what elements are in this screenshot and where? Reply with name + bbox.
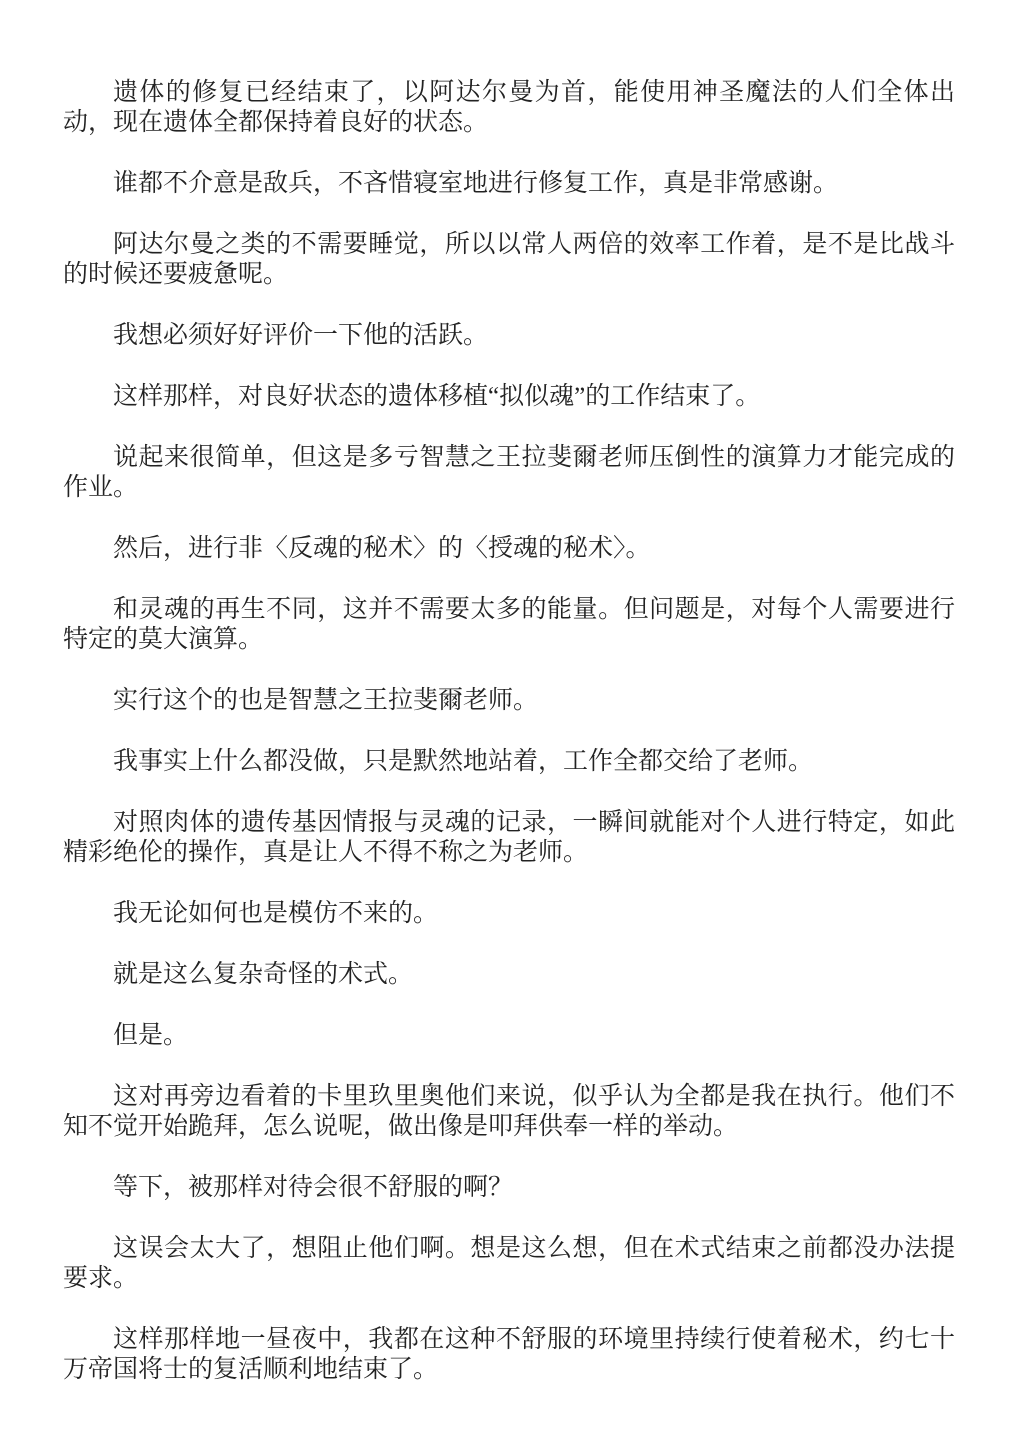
paragraph-12: 我无论如何也是模仿不来的。 — [63, 899, 955, 929]
paragraph-7: 然后，进行非〈反魂的秘术〉的〈授魂的秘术〉。 — [63, 534, 955, 564]
paragraph-13: 就是这么复杂奇怪的术式。 — [63, 960, 955, 990]
paragraph-11: 对照肉体的遗传基因情报与灵魂的记录，一瞬间就能对个人进行特定，如此精彩绝伦的操作… — [63, 808, 955, 868]
paragraph-1: 遗体的修复已经结束了，以阿达尔曼为首，能使用神圣魔法的人们全体出动，现在遗体全都… — [63, 78, 955, 138]
paragraph-14: 但是。 — [63, 1021, 955, 1051]
paragraph-8: 和灵魂的再生不同，这并不需要太多的能量。但问题是，对每个人需要进行特定的莫大演算… — [63, 595, 955, 655]
paragraph-17: 这误会太大了，想阻止他们啊。想是这么想，但在术式结束之前都没办法提要求。 — [63, 1234, 955, 1294]
paragraph-9: 实行这个的也是智慧之王拉斐爾老师。 — [63, 686, 955, 716]
paragraph-4: 我想必须好好评价一下他的活跃。 — [63, 321, 955, 351]
paragraph-10: 我事实上什么都没做，只是默然地站着，工作全都交给了老师。 — [63, 747, 955, 777]
paragraph-16: 等下，被那样对待会很不舒服的啊？ — [63, 1173, 955, 1203]
paragraph-15: 这对再旁边看着的卡里玖里奥他们来说，似乎认为全都是我在执行。他们不知不觉开始跪拜… — [63, 1082, 955, 1142]
paragraph-5: 这样那样，对良好状态的遗体移植“拟似魂”的工作结束了。 — [63, 382, 955, 412]
paragraph-18: 这样那样地一昼夜中，我都在这种不舒服的环境里持续行使着秘术，约七十万帝国将士的复… — [63, 1325, 955, 1385]
paragraph-3: 阿达尔曼之类的不需要睡觉，所以以常人两倍的效率工作着，是不是比战斗的时候还要疲惫… — [63, 230, 955, 290]
paragraph-6: 说起来很简单，但这是多亏智慧之王拉斐爾老师压倒性的演算力才能完成的作业。 — [63, 443, 955, 503]
document-page: 遗体的修复已经结束了，以阿达尔曼为首，能使用神圣魔法的人们全体出动，现在遗体全都… — [0, 0, 1017, 1437]
paragraph-2: 谁都不介意是敌兵，不吝惜寝室地进行修复工作，真是非常感谢。 — [63, 169, 955, 199]
